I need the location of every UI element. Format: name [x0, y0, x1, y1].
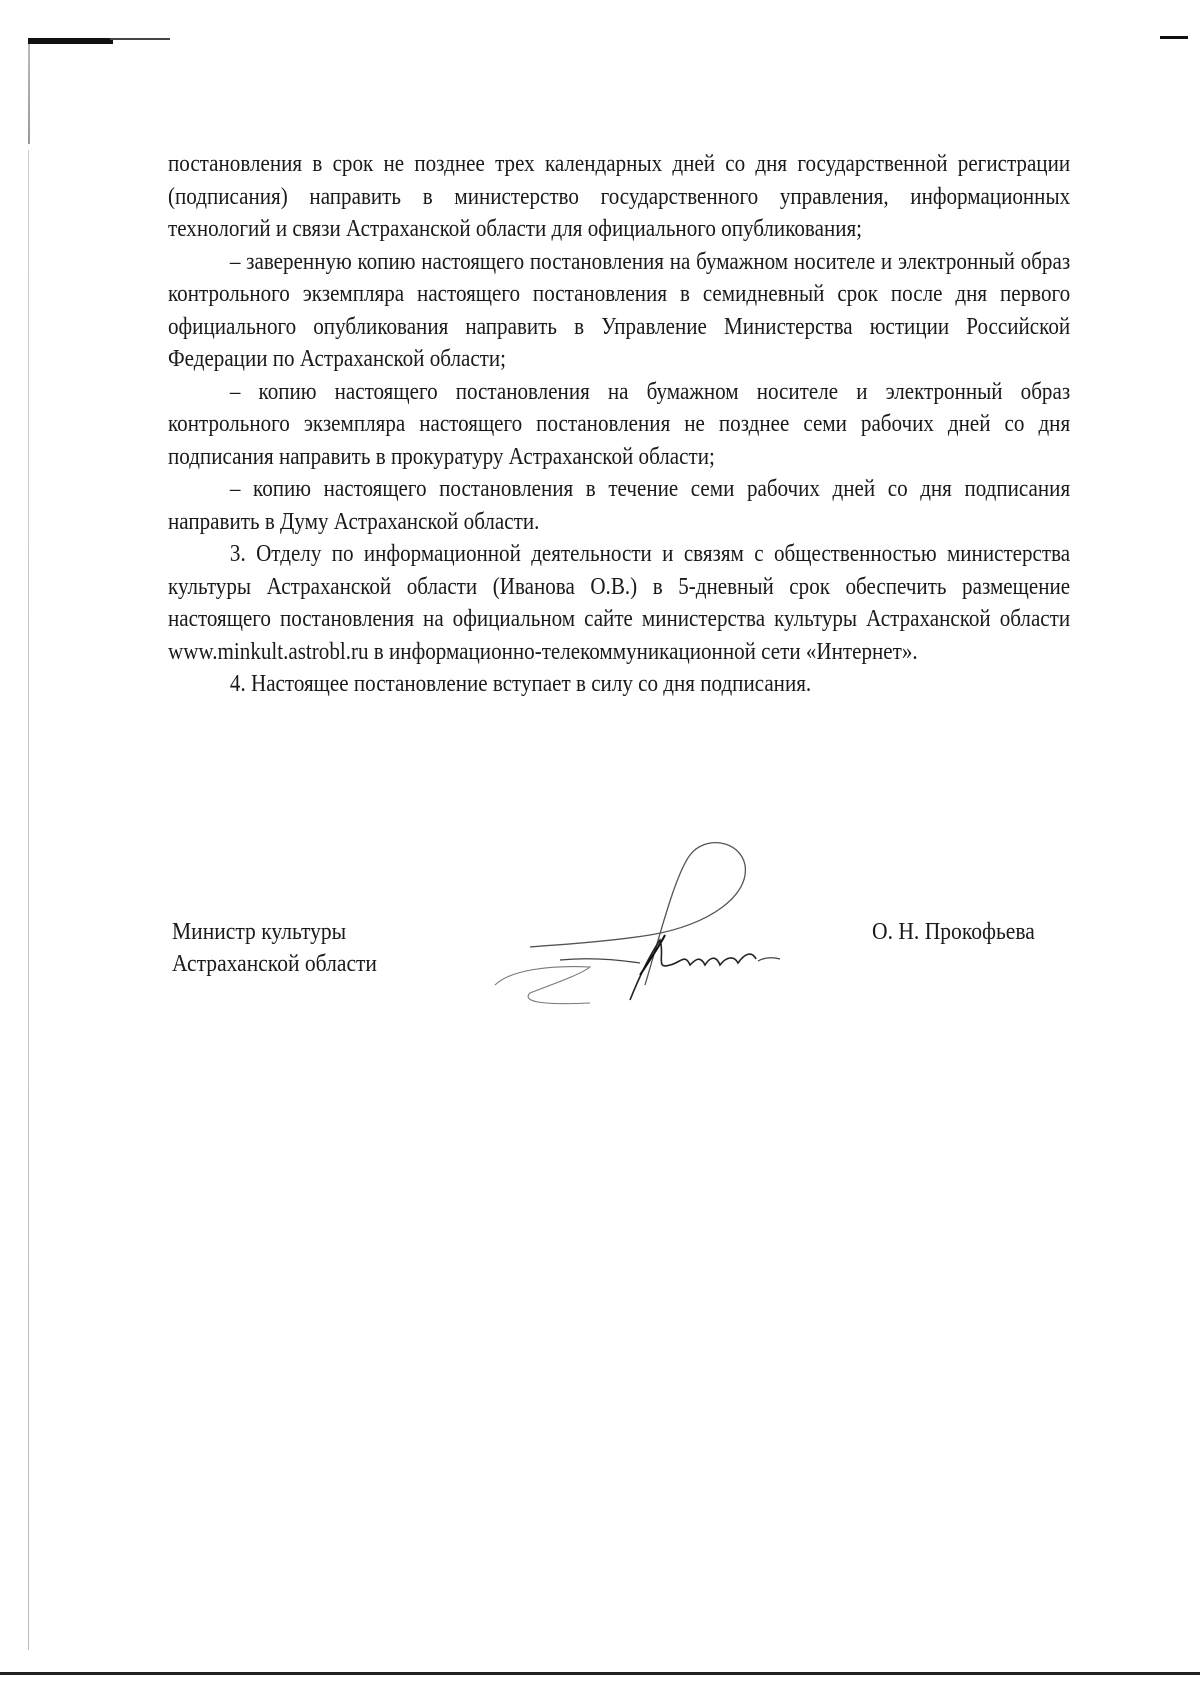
scan-artifact-right-dash — [1160, 36, 1188, 39]
signature-block: Министр культуры Астраханской области О.… — [172, 916, 1072, 1036]
scan-artifact-corner — [28, 44, 30, 144]
scan-artifact-bottom-line — [0, 1672, 1200, 1675]
position-line-2: Астраханской области — [172, 948, 377, 980]
paragraph-publication: постановления в срок не позднее трех кал… — [168, 148, 1070, 246]
document-body: постановления в срок не позднее трех кал… — [168, 148, 1070, 701]
paragraph-prosecutor: – копию настоящего постановления на бума… — [168, 376, 1070, 474]
paragraph-item-4: 4. Настоящее постановление вступает в си… — [168, 668, 1070, 701]
signatory-name: О. Н. Прокофьева — [872, 916, 1035, 948]
scan-artifact-top-bar — [28, 38, 113, 44]
paragraph-duma: – копию настоящего постановления в течен… — [168, 473, 1070, 538]
scan-artifact-top-line — [110, 38, 170, 40]
paragraph-item-3: 3. Отделу по информационной деятельности… — [168, 538, 1070, 668]
position-line-1: Министр культуры — [172, 916, 377, 948]
scan-artifact-left-edge — [28, 150, 29, 1650]
paragraph-justice-ministry: – заверенную копию настоящего постановле… — [168, 246, 1070, 376]
signatory-position: Министр культуры Астраханской области — [172, 916, 377, 980]
